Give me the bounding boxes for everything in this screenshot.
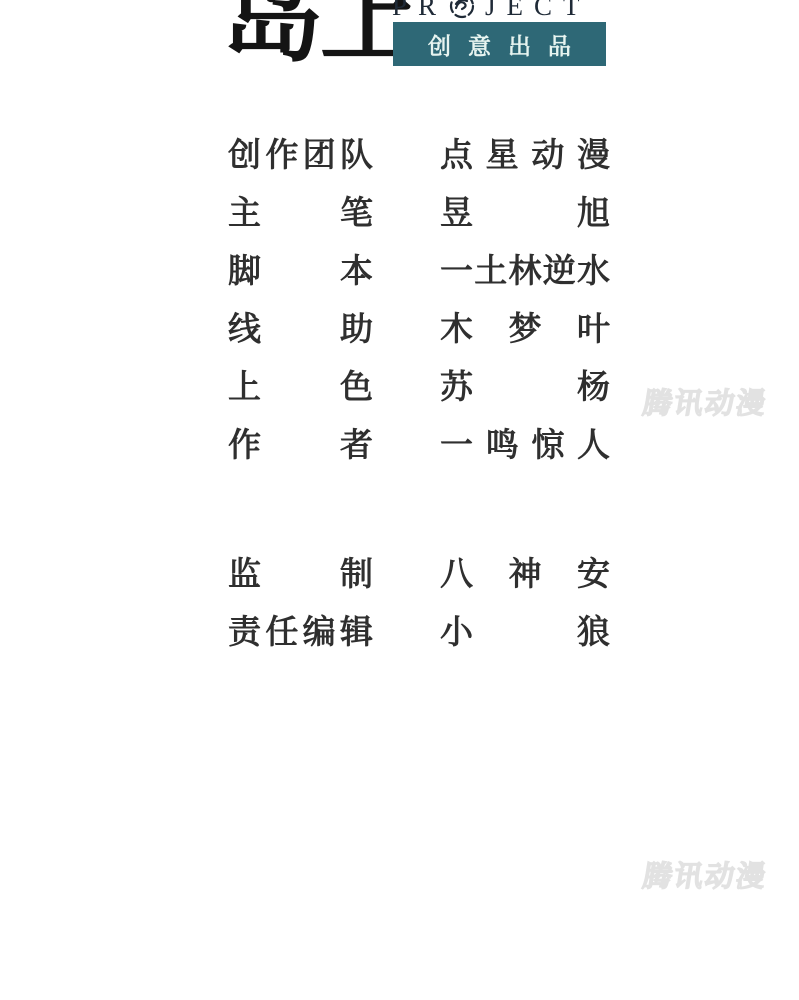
credit-person-name: 木梦叶 — [440, 312, 610, 345]
credit-role-label: 作者 — [228, 428, 373, 461]
credit-person-name: 小狼 — [440, 615, 610, 648]
project-wordmark: PR JECT — [392, 0, 591, 21]
credit-person-name: 八神安 — [440, 557, 610, 590]
credit-row: 责任编辑 小狼 — [228, 615, 610, 648]
credit-role-label: 主笔 — [228, 196, 373, 229]
credit-role-label: 监制 — [228, 557, 373, 590]
credit-person-name: 一鸣惊人 — [440, 428, 610, 461]
credit-role-label: 线助 — [228, 312, 373, 345]
cloud-knot-icon — [447, 0, 477, 21]
project-text-pre: PR — [392, 0, 447, 21]
project-text-post: JECT — [485, 0, 591, 21]
credit-person-name: 昱旭 — [440, 196, 610, 229]
series-logo-title: 岛上 — [222, 0, 418, 69]
credits-list-staff: 监制 八神安 责任编辑 小狼 — [228, 557, 610, 673]
credit-row: 监制 八神安 — [228, 557, 610, 590]
credit-role-label: 上色 — [228, 370, 373, 403]
credit-person-name: 一土林逆水 — [440, 254, 610, 287]
credit-row: 脚本 一土林逆水 — [228, 254, 610, 287]
credit-row: 主笔 昱旭 — [228, 196, 610, 229]
credit-row: 作者 一鸣惊人 — [228, 428, 610, 461]
credit-row: 创作团队 点星动漫 — [228, 138, 610, 171]
credits-list-main: 创作团队 点星动漫 主笔 昱旭 脚本 一土林逆水 线助 木梦叶 上色 苏杨 作者… — [228, 138, 610, 486]
credit-person-name: 苏杨 — [440, 370, 610, 403]
creative-production-banner: 创意出品 — [393, 22, 606, 66]
tencent-comics-watermark: 腾讯动漫 — [640, 387, 795, 421]
tencent-comics-watermark: 腾讯动漫 — [640, 860, 795, 894]
credit-row: 线助 木梦叶 — [228, 312, 610, 345]
credit-person-name: 点星动漫 — [440, 138, 610, 171]
credit-row: 上色 苏杨 — [228, 370, 610, 403]
credit-role-label: 脚本 — [228, 254, 373, 287]
credit-role-label: 责任编辑 — [228, 615, 373, 648]
credit-role-label: 创作团队 — [228, 138, 373, 171]
